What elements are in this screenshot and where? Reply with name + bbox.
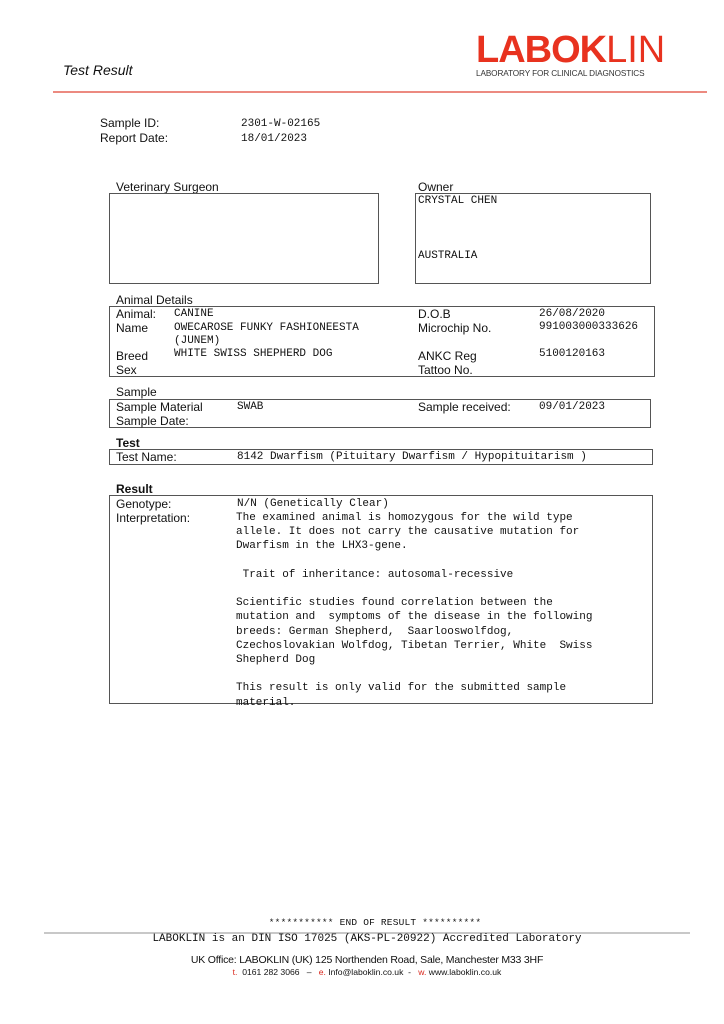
web-key: w.	[418, 967, 426, 977]
sample-material-value: SWAB	[237, 401, 263, 413]
owner-country: AUSTRALIA	[418, 250, 477, 262]
vet-box	[109, 193, 379, 284]
report-date-value: 18/01/2023	[241, 133, 307, 145]
owner-box: CRYSTAL CHEN AUSTRALIA	[415, 193, 651, 284]
animal-details-box: Animal: CANINE Name OWECAROSE FUNKY FASH…	[109, 306, 655, 377]
office-address: UK Office: LABOKLIN (UK) 125 Northenden …	[0, 954, 724, 966]
logo-light-text: LIN	[606, 29, 665, 71]
owner-heading: Owner	[418, 180, 453, 194]
owner-name: CRYSTAL CHEN	[418, 195, 497, 207]
animal-details-heading: Animal Details	[116, 293, 193, 307]
result-heading: Result	[116, 482, 153, 496]
header-divider	[53, 91, 707, 93]
email-key: e.	[319, 967, 326, 977]
separator: -	[408, 967, 411, 977]
sex-label: Sex	[116, 363, 137, 377]
web-link[interactable]: www.laboklin.co.uk	[429, 967, 502, 977]
phone-number: 0161 282 3066	[242, 967, 299, 977]
dob-label: D.O.B	[418, 307, 451, 321]
email-link[interactable]: Info@laboklin.co.uk	[328, 967, 403, 977]
logo-bold-text: LABOK	[476, 29, 606, 71]
interpretation-text: The examined animal is homozygous for th…	[236, 511, 592, 710]
sample-box: Sample Material SWAB Sample Date: Sample…	[109, 399, 651, 428]
name-label: Name	[116, 321, 148, 335]
interpretation-label: Interpretation:	[116, 511, 190, 525]
test-name-value: 8142 Dwarfism (Pituitary Dwarfism / Hypo…	[237, 451, 587, 463]
test-box: Test Name: 8142 Dwarfism (Pituitary Dwar…	[109, 449, 653, 465]
animal-value: CANINE	[174, 308, 214, 320]
sample-received-value: 09/01/2023	[539, 401, 605, 413]
genotype-value: N/N (Genetically Clear)	[237, 498, 389, 510]
contact-line: t. 0161 282 3066 – e. Info@laboklin.co.u…	[0, 967, 724, 977]
sample-date-label: Sample Date:	[116, 414, 189, 428]
breed-value: WHITE SWISS SHEPHERD DOG	[174, 348, 332, 360]
breed-label: Breed	[116, 349, 148, 363]
laboklin-logo: LABOKLIN LABORATORY FOR CLINICAL DIAGNOS…	[476, 32, 686, 78]
sample-id-value: 2301-W-02165	[241, 118, 320, 130]
document-title: Test Result	[63, 62, 133, 78]
name-value-line2: (JUNEM)	[174, 335, 220, 347]
sample-heading: Sample	[116, 385, 157, 399]
ankc-label: ANKC Reg	[418, 349, 477, 363]
name-value-line1: OWECAROSE FUNKY FASHIONEESTA	[174, 322, 359, 334]
accreditation-text: LABOKLIN is an DIN ISO 17025 (AKS-PL-209…	[0, 933, 724, 945]
tattoo-label: Tattoo No.	[418, 363, 473, 377]
sample-received-label: Sample received:	[418, 400, 511, 414]
report-date-label: Report Date:	[100, 131, 168, 145]
microchip-value: 991003000333626	[539, 321, 638, 333]
dob-value: 26/08/2020	[539, 308, 605, 320]
animal-label: Animal:	[116, 307, 156, 321]
sample-id-label: Sample ID:	[100, 116, 159, 130]
end-of-result: *********** END OF RESULT **********	[0, 917, 724, 928]
sample-material-label: Sample Material	[116, 400, 203, 414]
test-heading: Test	[116, 436, 140, 450]
test-name-label: Test Name:	[116, 450, 177, 464]
vet-heading: Veterinary Surgeon	[116, 180, 219, 194]
ankc-value: 5100120163	[539, 348, 605, 360]
microchip-label: Microchip No.	[418, 321, 491, 335]
phone-key: t.	[233, 967, 238, 977]
separator: –	[307, 967, 312, 977]
genotype-label: Genotype:	[116, 497, 171, 511]
